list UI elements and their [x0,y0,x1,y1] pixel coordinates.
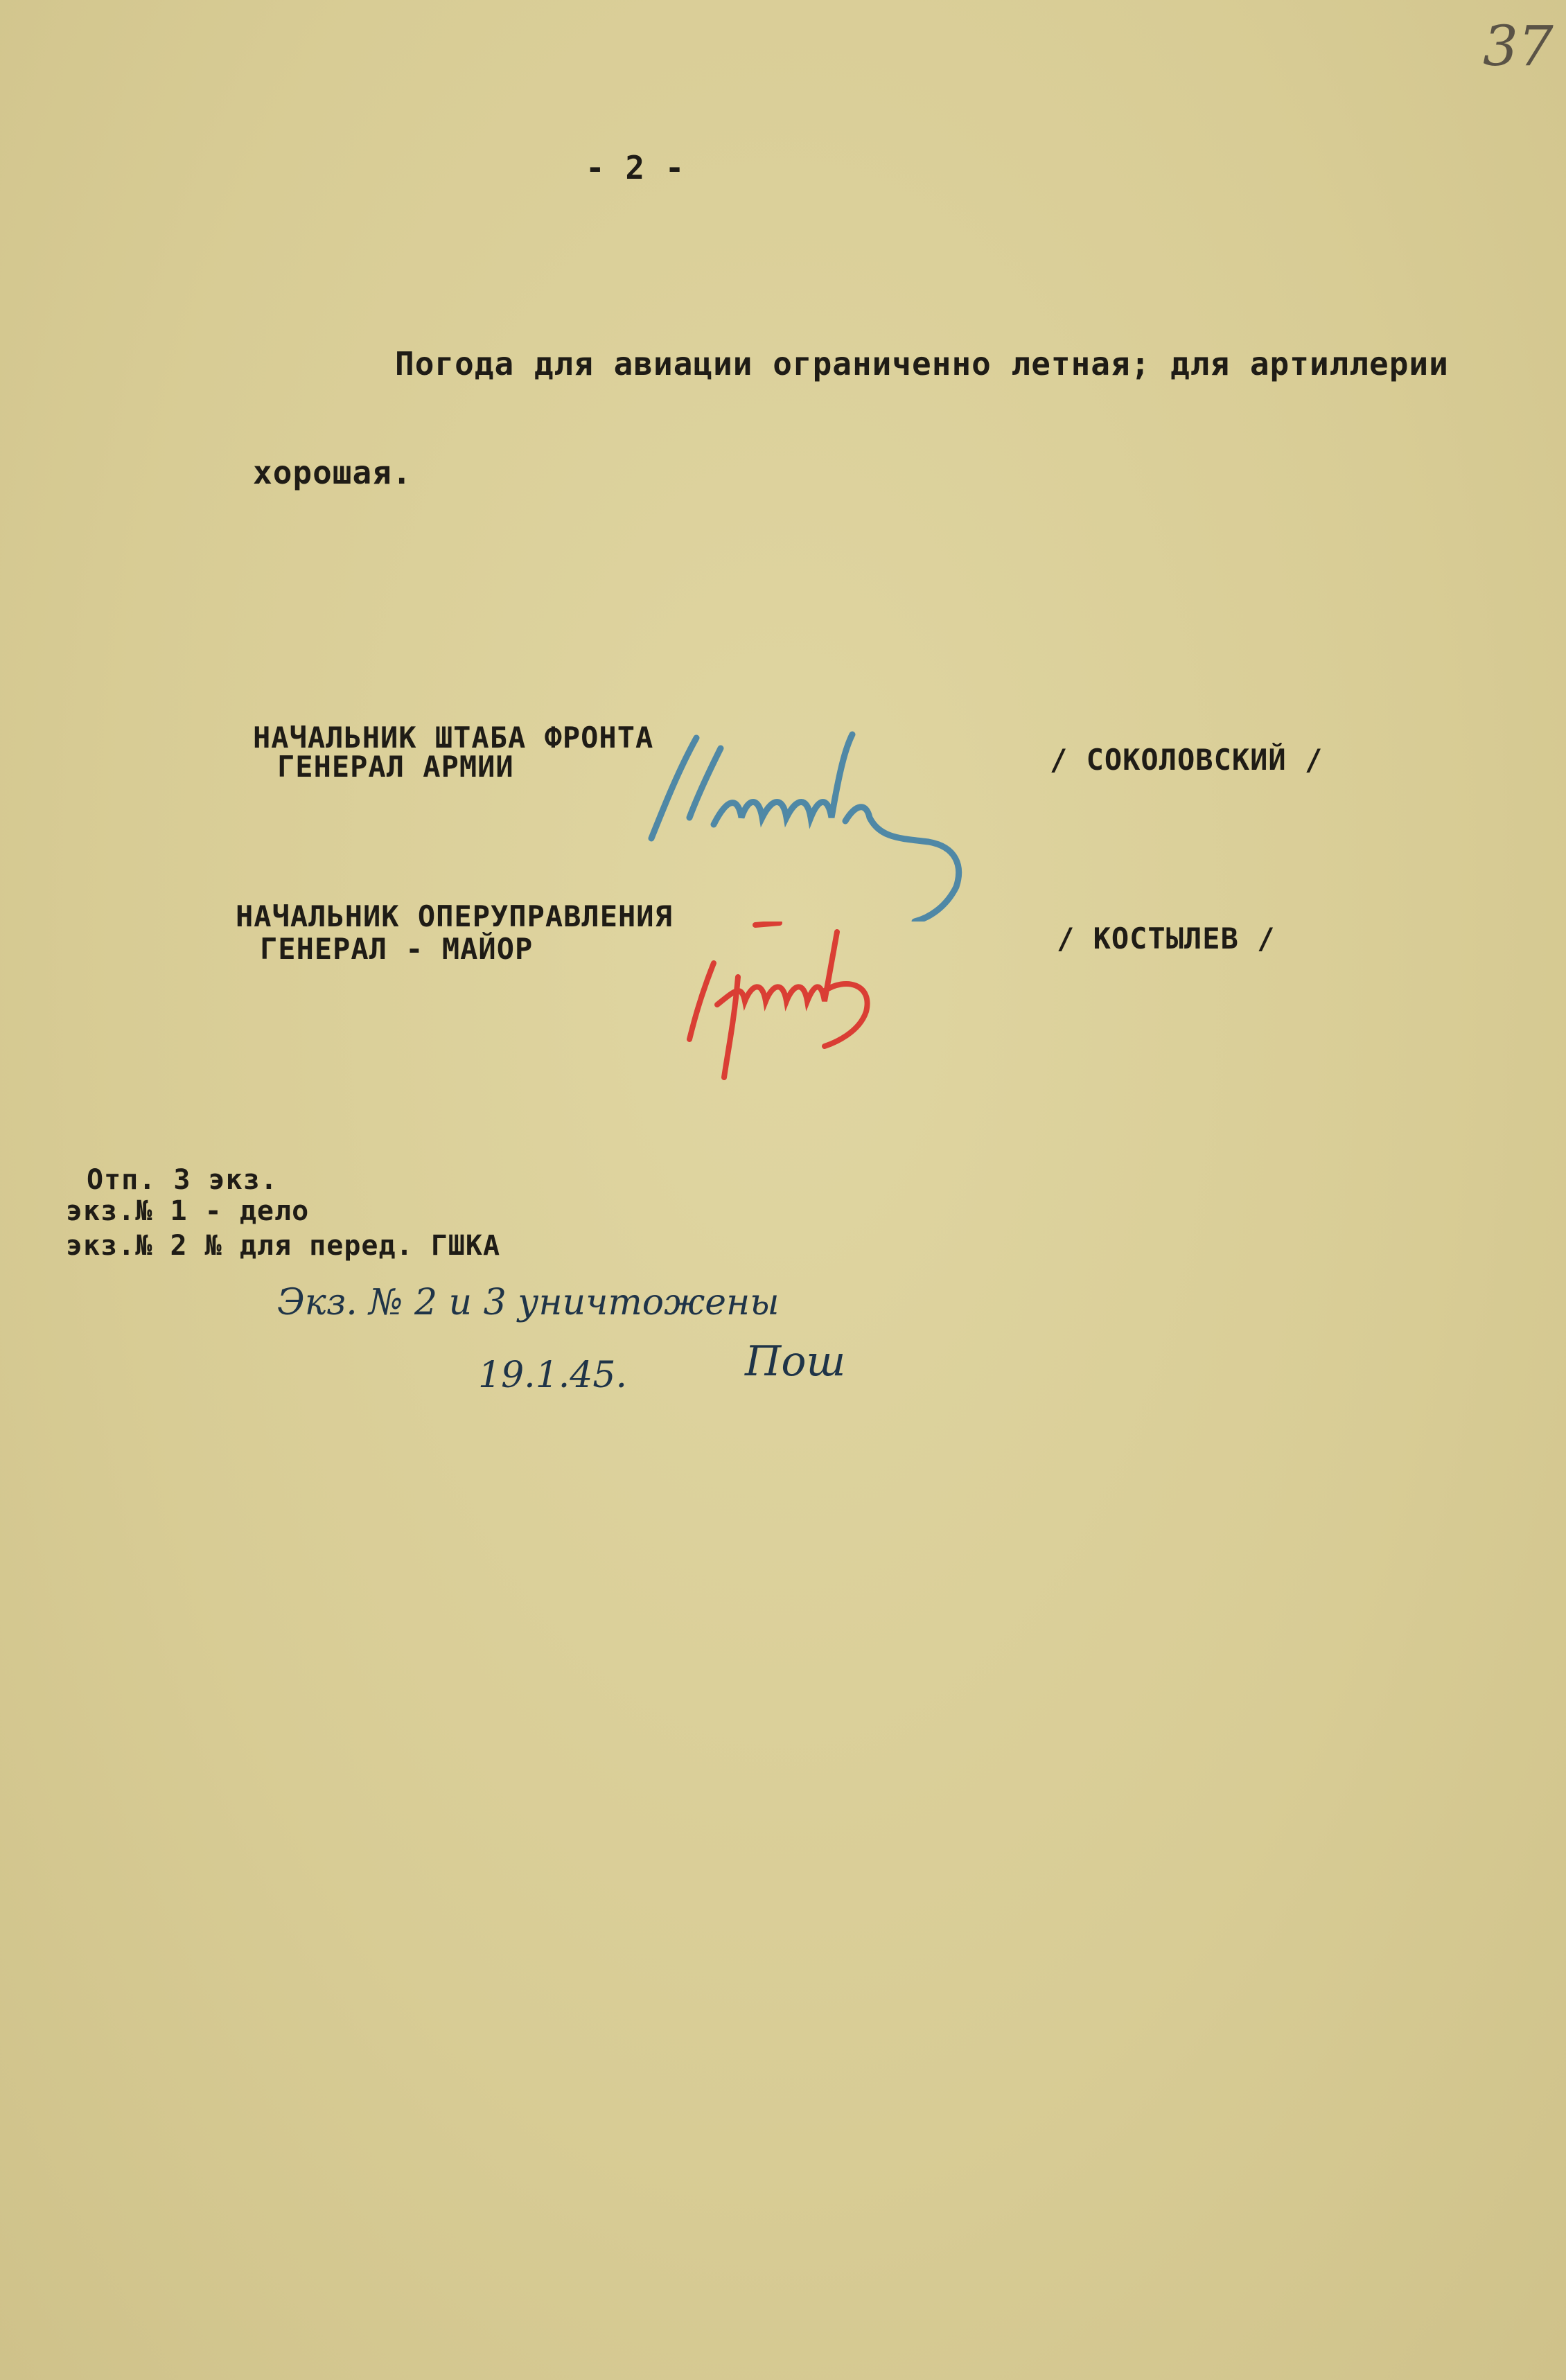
archive-sheet-number: 37 [1483,14,1554,78]
handwritten-date: 19.1.45. [478,1355,627,1396]
signatory-1-name: / СОКОЛОВСКИЙ / [1050,743,1323,777]
signature-2-red-ink [686,922,1019,1081]
page-number: - 2 - [586,149,685,186]
body-text-line-1: Погода для авиации ограниченно летная; д… [395,345,1449,382]
distribution-copy-2: экз.№ 2 № для перед. ГШКА [66,1230,500,1262]
signatory-1-rank: ГЕНЕРАЛ АРМИИ [277,750,514,784]
signature-1-blue-ink [637,721,1109,922]
body-text-line-2: хорошая. [253,454,412,491]
signatory-2-rank: ГЕНЕРАЛ - МАЙОР [260,932,533,966]
distribution-copy-1: экз.№ 1 - дело [66,1195,309,1227]
distribution-copies: Отп. 3 экз. [87,1164,278,1196]
handwritten-initials: Пош [745,1337,845,1386]
signatory-2-title: НАЧАЛЬНИК ОПЕРУПРАВЛЕНИЯ [236,899,673,933]
document-page: 37 - 2 - Погода для авиации ограниченно … [0,0,1566,2380]
signatory-2-name: / КОСТЫЛЕВ / [1057,922,1275,955]
handwritten-destruction-note: Экз. № 2 и 3 уничтожены [277,1282,780,1323]
